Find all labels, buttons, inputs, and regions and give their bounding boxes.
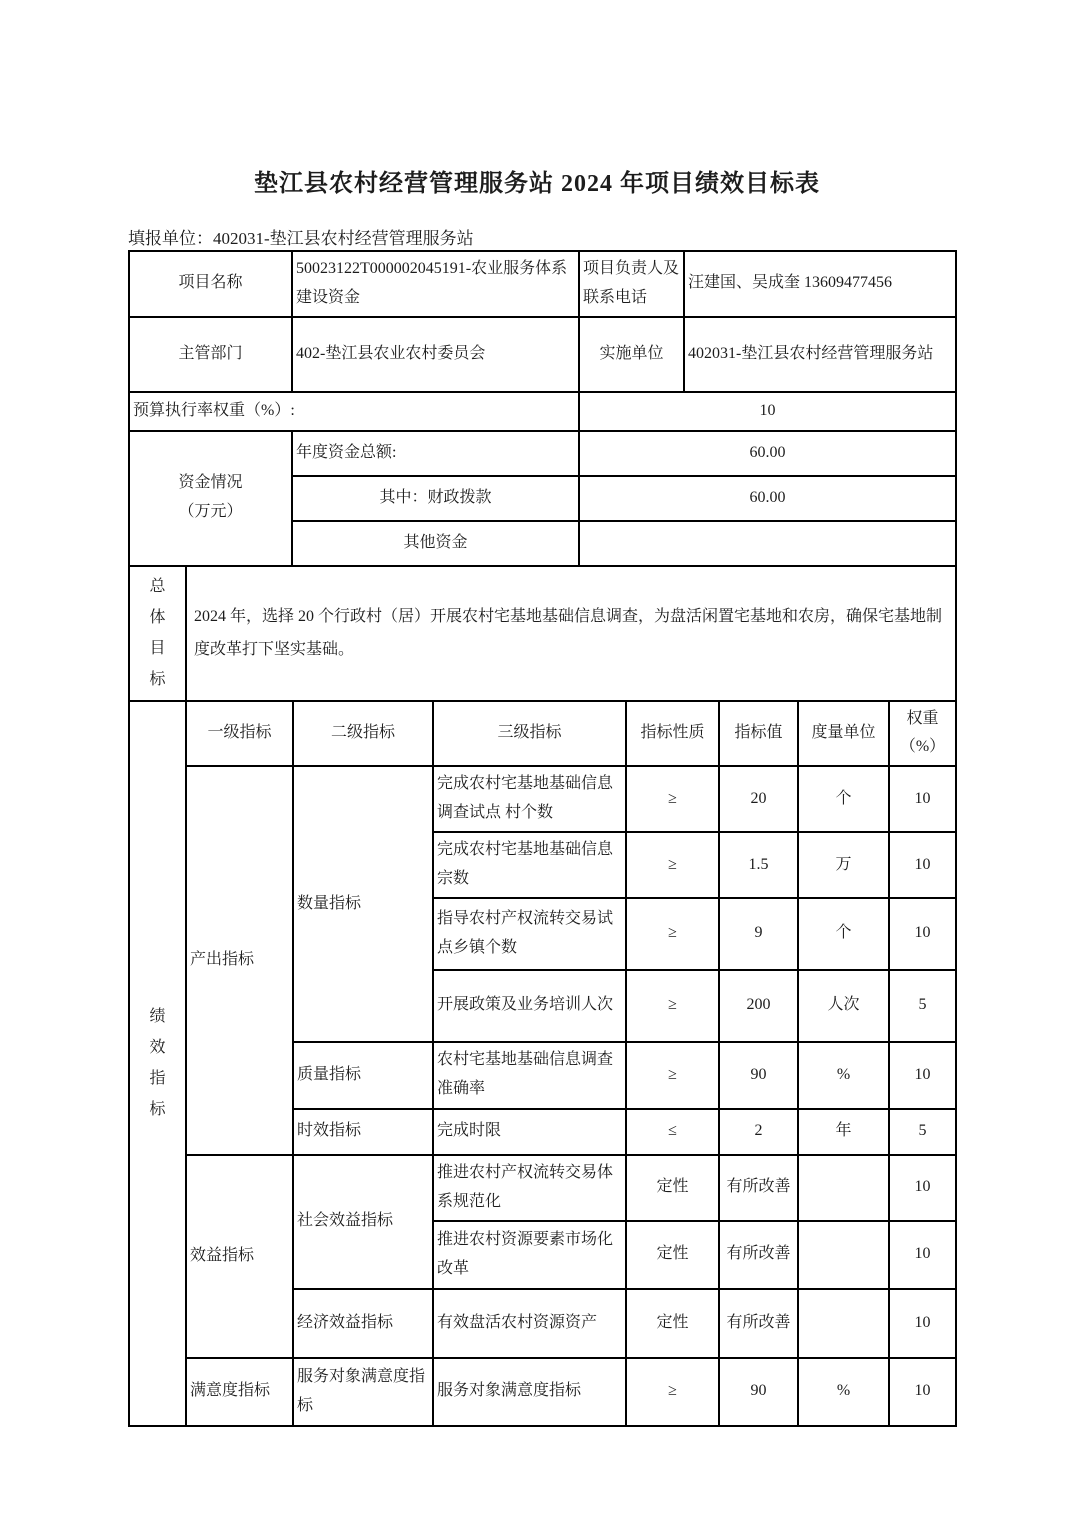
indicator-header-cell: 度量单位 <box>798 701 889 767</box>
indicator-weight-cell: 10 <box>889 1042 956 1109</box>
indicator-value-cell: 有所改善 <box>719 1221 798 1289</box>
funds-row-label: 年度资金总额: <box>292 431 579 476</box>
page-title: 垫江县农村经营管理服务站 2024 年项目绩效目标表 <box>0 168 1074 200</box>
overall-goal-table: 总体目标 2024 年，选择 20 个行政村（居）开展农村宅基地基础信息调查，为… <box>128 565 957 702</box>
indicator-unit-cell: % <box>798 1042 889 1109</box>
level1-indicator-cell: 效益指标 <box>186 1155 293 1358</box>
budget-weight-label: 预算执行率权重（%）: <box>129 392 579 431</box>
indicator-weight-cell: 10 <box>889 766 956 832</box>
indicator-unit-cell <box>798 1221 889 1289</box>
indicator-unit-cell: % <box>798 1358 889 1426</box>
indicator-value-cell: 有所改善 <box>719 1289 798 1358</box>
reporting-unit-line: 填报单位：402031-垫江县农村经营管理服务站 <box>128 228 1074 250</box>
indicator-value-cell: 有所改善 <box>719 1155 798 1221</box>
level2-indicator-cell: 服务对象满意度指标 <box>293 1358 433 1426</box>
indicator-value-cell: 200 <box>719 970 798 1042</box>
performance-section-label: 绩效指标 <box>149 1001 166 1125</box>
indicator-table: 绩效指标 一级指标 二级指标 三级指标 指标性质 指标值 度量单位 权重（%） … <box>128 700 957 1427</box>
level3-indicator-cell: 服务对象满意度指标 <box>433 1358 626 1426</box>
leader-label: 项目负责人及联系电话 <box>579 251 684 317</box>
indicator-unit-cell: 年 <box>798 1109 889 1155</box>
indicator-value-cell: 1.5 <box>719 832 798 898</box>
indicator-nature-cell: 定性 <box>626 1289 719 1358</box>
department-label: 主管部门 <box>129 317 292 392</box>
indicator-value-cell: 90 <box>719 1042 798 1109</box>
indicator-header-cell: 二级指标 <box>293 701 433 767</box>
project-name-label: 项目名称 <box>129 251 292 317</box>
indicator-nature-cell: ≥ <box>626 898 719 970</box>
indicator-header-cell: 指标性质 <box>626 701 719 767</box>
indicator-header-cell: 三级指标 <box>433 701 626 767</box>
level3-indicator-cell: 有效盘活农村资源资产 <box>433 1289 626 1358</box>
level3-indicator-cell: 完成时限 <box>433 1109 626 1155</box>
indicator-weight-cell: 5 <box>889 1109 956 1155</box>
indicator-header-cell: 权重（%） <box>889 701 956 767</box>
indicator-weight-cell: 10 <box>889 832 956 898</box>
level3-indicator-cell: 农村宅基地基础信息调查准确率 <box>433 1042 626 1109</box>
overall-goal-label: 总体目标 <box>149 571 166 695</box>
indicator-unit-cell: 万 <box>798 832 889 898</box>
indicator-unit-cell: 个 <box>798 766 889 832</box>
indicator-nature-cell: ≥ <box>626 832 719 898</box>
indicator-unit-cell: 个 <box>798 898 889 970</box>
funds-row-value: 60.00 <box>579 476 956 521</box>
funds-row-label: 其中：财政拨款 <box>292 476 579 521</box>
level2-indicator-cell: 数量指标 <box>293 766 433 1042</box>
indicator-weight-cell: 10 <box>889 1155 956 1221</box>
funds-section-label: 资金情况 （万元） <box>129 431 292 566</box>
performance-section-label-cell: 绩效指标 <box>129 701 186 1426</box>
budget-weight-value: 10 <box>579 392 956 431</box>
level3-indicator-cell: 推进农村产权流转交易体系规范化 <box>433 1155 626 1221</box>
level3-indicator-cell: 开展政策及业务培训人次 <box>433 970 626 1042</box>
implementing-unit-label: 实施单位 <box>579 317 684 392</box>
indicator-weight-cell: 10 <box>889 1358 956 1426</box>
indicator-nature-cell: ≥ <box>626 970 719 1042</box>
level3-indicator-cell: 完成农村宅基地基础信息调查试点 村个数 <box>433 766 626 832</box>
funds-row-value: 60.00 <box>579 431 956 476</box>
indicator-nature-cell: ≤ <box>626 1109 719 1155</box>
funds-row-value <box>579 521 956 566</box>
overall-goal-text: 2024 年，选择 20 个行政村（居）开展农村宅基地基础信息调查，为盘活闲置宅… <box>186 566 956 701</box>
indicator-nature-cell: ≥ <box>626 1042 719 1109</box>
indicator-value-cell: 20 <box>719 766 798 832</box>
level3-indicator-cell: 完成农村宅基地基础信息宗数 <box>433 832 626 898</box>
level3-indicator-cell: 指导农村产权流转交易试点乡镇个数 <box>433 898 626 970</box>
indicator-nature-cell: ≥ <box>626 766 719 832</box>
indicator-nature-cell: 定性 <box>626 1155 719 1221</box>
implementing-unit-value: 402031-垫江县农村经营管理服务站 <box>684 317 956 392</box>
indicator-nature-cell: 定性 <box>626 1221 719 1289</box>
info-table: 项目名称 50023122T000002045191-农业服务体系建设资金 项目… <box>128 250 957 567</box>
level1-indicator-cell: 满意度指标 <box>186 1358 293 1426</box>
level1-indicator-cell: 产出指标 <box>186 766 293 1155</box>
indicator-unit-cell <box>798 1289 889 1358</box>
indicator-value-cell: 9 <box>719 898 798 970</box>
document-page: 垫江县农村经营管理服务站 2024 年项目绩效目标表 填报单位：402031-垫… <box>0 0 1074 1520</box>
indicator-weight-cell: 5 <box>889 970 956 1042</box>
level2-indicator-cell: 社会效益指标 <box>293 1155 433 1289</box>
project-name-value: 50023122T000002045191-农业服务体系建设资金 <box>292 251 579 317</box>
indicator-value-cell: 2 <box>719 1109 798 1155</box>
indicator-header-cell: 一级指标 <box>186 701 293 767</box>
indicator-weight-cell: 10 <box>889 1289 956 1358</box>
indicator-value-cell: 90 <box>719 1358 798 1426</box>
indicator-header-cell: 指标值 <box>719 701 798 767</box>
level2-indicator-cell: 质量指标 <box>293 1042 433 1109</box>
indicator-unit-cell: 人次 <box>798 970 889 1042</box>
indicator-nature-cell: ≥ <box>626 1358 719 1426</box>
leader-value: 汪建国、吴成奎 13609477456 <box>684 251 956 317</box>
indicator-unit-cell <box>798 1155 889 1221</box>
indicator-weight-cell: 10 <box>889 1221 956 1289</box>
level2-indicator-cell: 时效指标 <box>293 1109 433 1155</box>
funds-row-label: 其他资金 <box>292 521 579 566</box>
level2-indicator-cell: 经济效益指标 <box>293 1289 433 1358</box>
indicator-weight-cell: 10 <box>889 898 956 970</box>
level3-indicator-cell: 推进农村资源要素市场化改革 <box>433 1221 626 1289</box>
department-value: 402-垫江县农业农村委员会 <box>292 317 579 392</box>
overall-goal-label-cell: 总体目标 <box>129 566 186 701</box>
